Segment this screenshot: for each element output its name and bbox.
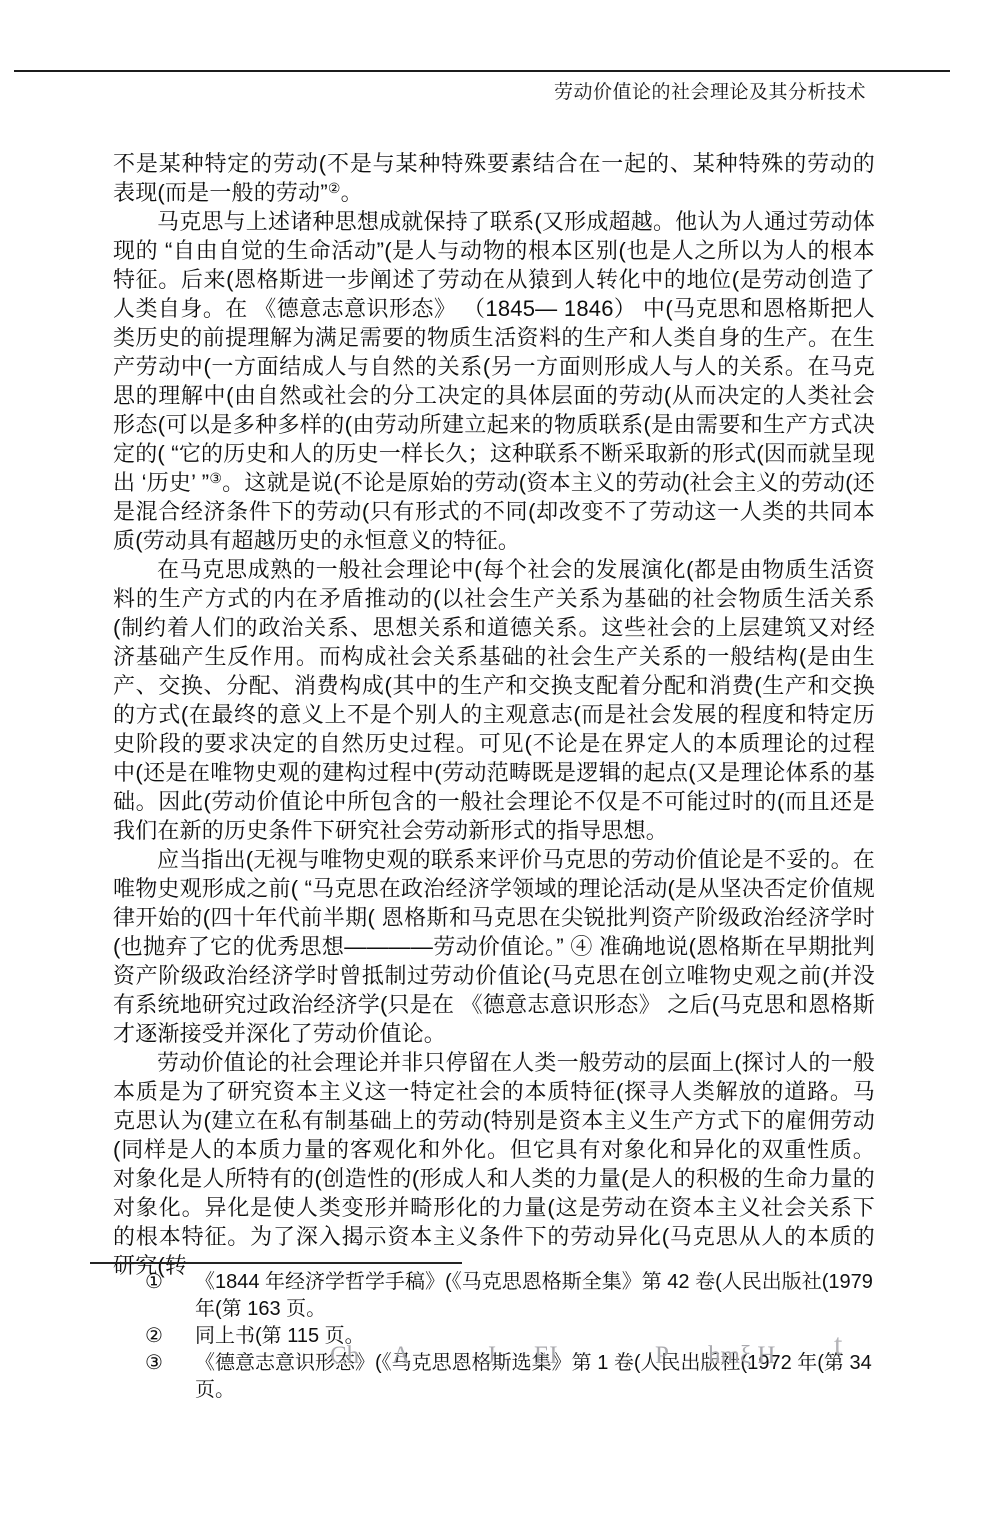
body-text-block: 不是某种特定的劳动(不是与某种特殊要素结合在一起的、某种特殊的劳动的表现(而是一… [113, 149, 875, 1280]
footnote-ref-3: ③ [209, 470, 222, 486]
paragraph-labor-value-society: 劳动价值论的社会理论并非只停留在人类一般劳动的层面上(探讨人的一般本质是为了研究… [113, 1048, 875, 1280]
scan-artifact-text: Ch [330, 1342, 359, 1370]
paragraph-text: 。这就是说(不论是原始的劳动(资本主义的劳动(社会主义的劳动(还是混合经济条件下… [113, 470, 875, 553]
paragraph-general-social-theory: 在马克思成熟的一般社会理论中(每个社会的发展演化(都是由物质生活资料的生产方式的… [113, 555, 875, 845]
scan-artifact-text: P [655, 1342, 669, 1370]
running-title: 劳动价值论的社会理论及其分析技术 [554, 77, 866, 104]
paragraph-text: 。 [341, 180, 363, 205]
footnotes-block: ① 《1844 年经济学哲学手稿》(《马克思恩格斯全集》第 42 卷(人民出版社… [90, 1262, 880, 1404]
scan-artifact-text: J [486, 1342, 496, 1370]
header-divider [14, 70, 950, 72]
footnote-divider [90, 1262, 462, 1264]
footnote-marker: ② [145, 1323, 195, 1350]
scan-artifact-text: A [392, 1342, 410, 1370]
footnote-text: 《1844 年经济学哲学手稿》(《马克思恩格斯全集》第 42 卷(人民出版社(1… [195, 1269, 880, 1323]
scan-artifact-text: EI [534, 1342, 558, 1370]
scan-artifact-text: t [834, 1328, 842, 1362]
footnote-marker: ③ [145, 1350, 195, 1377]
footnote-1: ① 《1844 年经济学哲学手稿》(《马克思恩格斯全集》第 42 卷(人民出版社… [145, 1269, 880, 1323]
footnote-marker: ① [145, 1269, 195, 1296]
document-page: 劳动价值论的社会理论及其分析技术 不是某种特定的劳动(不是与某种特殊要素结合在一… [0, 0, 987, 1539]
paragraph-continuation: 不是某种特定的劳动(不是与某种特殊要素结合在一起的、某种特殊的劳动的表现(而是一… [113, 149, 875, 207]
footnote-ref-2: ② [328, 180, 341, 196]
scan-artifact-text: hmξ H [708, 1342, 775, 1370]
paragraph-text: 马克思与上述诸种思想成就保持了联系(又形成超越。他认为人通过劳动体现的 “自由自… [113, 209, 875, 495]
paragraph-text: 不是某种特定的劳动(不是与某种特殊要素结合在一起的、某种特殊的劳动的表现(而是一… [113, 151, 875, 205]
paragraph-historical-materialism: 应当指出(无视与唯物史观的联系来评价马克思的劳动价值论是不妥的。在唯物史观形成之… [113, 845, 875, 1048]
paragraph-marx-labor: 马克思与上述诸种思想成就保持了联系(又形成超越。他认为人通过劳动体现的 “自由自… [113, 207, 875, 555]
